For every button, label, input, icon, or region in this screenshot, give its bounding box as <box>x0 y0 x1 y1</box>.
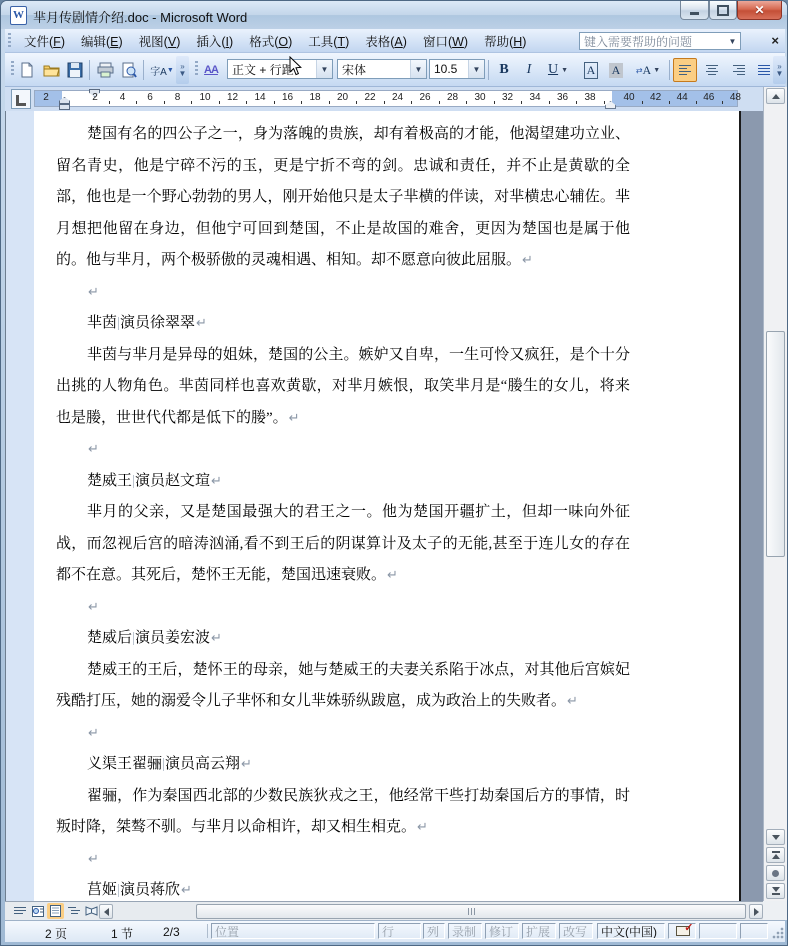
underline-button[interactable]: U ▼ <box>541 58 575 82</box>
ruler-row: 2246810121416182022242628303234363840424… <box>5 87 763 111</box>
overtype-status[interactable]: 改写 <box>559 923 593 939</box>
chevron-down-icon[interactable]: ▼ <box>653 67 660 74</box>
chevron-down-icon[interactable]: ▼ <box>468 60 484 78</box>
paragraph-heading[interactable]: 莒姬|演员蒋欣↵ <box>56 875 630 901</box>
print-layout-view-button[interactable] <box>47 903 64 919</box>
toolbar-options-button[interactable]: »▼ <box>773 56 786 84</box>
paragraph-mark: ↵ <box>88 726 99 741</box>
tab-selector-button[interactable] <box>11 89 31 109</box>
spelling-book-icon <box>676 925 692 937</box>
triangle-right-icon <box>754 908 759 916</box>
align-center-button[interactable] <box>700 58 724 82</box>
spelling-status[interactable] <box>668 923 696 939</box>
document-page[interactable]: 楚国有名的四公子之一，身为落魄的贵族，却有着极高的才能，他渴望建功立业、留名青史… <box>34 111 741 901</box>
paragraph-mark: ↵ <box>241 757 252 772</box>
menu-item-V[interactable]: 视图(V) <box>131 29 189 53</box>
paragraph-body[interactable]: 楚威王的王后，楚怀王的母亲，她与楚威王的夫妻关系陷于冰点，对其他后宫嫔妃残酷打压… <box>56 655 630 718</box>
position-status: 位置 <box>211 923 375 939</box>
page-of-total-status: 2/3 <box>163 925 180 939</box>
ruler-number: 28 <box>446 92 460 103</box>
character-border-icon: A <box>584 62 599 79</box>
next-page-button[interactable] <box>766 883 785 899</box>
paragraph-empty[interactable]: ↵ <box>56 718 630 750</box>
close-icon: ✕ <box>754 3 764 17</box>
status-bar: 2 页 1 节 2/3 位置 行 列 录制 修订 扩展 改写 中文(中国) <box>5 920 785 942</box>
font-combobox[interactable]: 宋体 ▼ <box>337 59 427 79</box>
mouse-cursor <box>289 56 302 76</box>
paragraph-heading[interactable]: 楚威王|演员赵文瑄↵ <box>56 466 630 498</box>
paragraph-heading[interactable]: 芈茵|演员徐翠翠↵ <box>56 308 630 340</box>
save-button[interactable] <box>63 58 87 82</box>
ruler-number: 48 <box>728 92 742 103</box>
styles-pane-icon: AA <box>204 64 218 76</box>
italic-button[interactable]: I <box>517 58 541 82</box>
paragraph-body[interactable]: 翟骊，作为秦国西北部的少数民族狄戎之王，他经常干些打劫秦国后方的事情，时叛时降，… <box>56 781 630 844</box>
paragraph-mark: ↵ <box>211 631 222 646</box>
align-right-button[interactable] <box>727 58 751 82</box>
new-document-icon <box>19 62 35 78</box>
ruler-tick <box>696 101 697 104</box>
character-border-button[interactable]: A <box>579 58 603 82</box>
ruler-tick <box>356 101 357 104</box>
ruler-number: 46 <box>702 92 716 103</box>
chevron-down-icon[interactable]: ▼ <box>316 60 332 78</box>
chinese-format-icon: 字A <box>150 63 167 78</box>
ruler-number: 36 <box>556 92 570 103</box>
paragraph-mark: ↵ <box>211 474 222 489</box>
help-question-box[interactable]: 键入需要帮助的问题 ▼ <box>579 32 741 50</box>
restore-icon <box>717 5 729 16</box>
print-layout-icon <box>50 905 61 917</box>
character-shading-button[interactable]: A <box>604 58 628 82</box>
reading-layout-view-button[interactable] <box>83 903 100 919</box>
paragraph-heading[interactable]: 义渠王翟骊|演员高云翔↵ <box>56 749 630 781</box>
window-title: 芈月传剧情介绍.doc - Microsoft Word <box>33 7 247 26</box>
previous-page-button[interactable] <box>766 847 785 863</box>
ruler-tick <box>329 101 330 104</box>
menu-item-A[interactable]: 表格(A) <box>357 29 415 53</box>
scroll-up-button[interactable] <box>766 88 785 104</box>
toolbar: 字A ▼ »▼ AA 正文 + 行距 ▼ 宋体 ▼ 10.5 ▼ B I U ▼ <box>5 53 785 87</box>
paragraph-mark: ↵ <box>196 316 207 331</box>
print-preview-button[interactable] <box>117 58 141 82</box>
heading-separator: | <box>132 630 135 646</box>
print-preview-icon <box>121 62 137 78</box>
paragraph-mark: ↵ <box>567 694 578 709</box>
title-bar: W 芈月传剧情介绍.doc - Microsoft Word ✕ <box>1 1 788 29</box>
paragraph-mark: ↵ <box>181 883 192 898</box>
ruler-number: 42 <box>649 92 663 103</box>
line-status: 行 <box>378 923 421 939</box>
ruler-number: 40 <box>622 92 636 103</box>
ruler-tick <box>549 101 550 104</box>
scroll-right-button[interactable] <box>749 904 763 919</box>
section-status: 1 节 <box>111 925 133 942</box>
font-size-combobox[interactable]: 10.5 ▼ <box>429 59 485 79</box>
ruler-tick <box>576 101 577 104</box>
hanging-indent-marker[interactable] <box>59 97 70 110</box>
select-browse-object-button[interactable] <box>766 865 785 881</box>
web-layout-view-button[interactable] <box>29 903 46 919</box>
scroll-down-button[interactable] <box>766 829 785 845</box>
close-document-button[interactable]: × <box>771 33 779 48</box>
menu-item-O[interactable]: 格式(O) <box>241 29 300 53</box>
menu-item-F[interactable]: 文件(F) <box>16 29 73 53</box>
ruler-number: 26 <box>418 92 432 103</box>
browse-object-icon <box>772 870 779 877</box>
vertical-scrollbar[interactable] <box>763 87 787 901</box>
style-combobox[interactable]: 正文 + 行距 ▼ <box>227 59 333 79</box>
character-shading-icon: A <box>609 63 624 78</box>
ruler-tick <box>411 101 412 104</box>
toolbar-grip[interactable] <box>11 61 14 77</box>
italic-icon: I <box>527 62 532 78</box>
ruler-number: 12 <box>226 92 240 103</box>
toolbar-options-button[interactable]: »▼ <box>176 56 189 84</box>
paragraph-mark: ↵ <box>88 442 99 457</box>
column-status: 列 <box>423 923 445 939</box>
paragraph-empty[interactable]: ↵ <box>56 592 630 624</box>
ruler-tick <box>466 101 467 104</box>
horizontal-scrollbar[interactable] <box>5 901 763 920</box>
chevron-down-icon[interactable]: ▼ <box>725 37 740 46</box>
align-left-icon <box>678 64 692 76</box>
page-number-status: 2 页 <box>45 925 67 942</box>
next-page-icon <box>772 887 780 895</box>
track-changes-status[interactable]: 修订 <box>485 923 519 939</box>
ruler-tick <box>301 101 302 104</box>
paragraph-mark: ↵ <box>522 253 533 268</box>
restore-button[interactable] <box>709 1 737 20</box>
minimize-icon <box>690 12 699 15</box>
heading-separator: | <box>132 473 135 489</box>
triangle-up-icon <box>772 94 780 99</box>
ruler-number: 18 <box>308 92 322 103</box>
toolbar-grip[interactable] <box>8 33 11 49</box>
paragraph-mark: ↵ <box>387 568 398 583</box>
normal-view-button[interactable] <box>11 903 28 919</box>
ruler-tick <box>246 101 247 104</box>
bold-icon: B <box>499 62 508 78</box>
paragraph-mark: ↵ <box>289 411 300 426</box>
underline-icon: U <box>548 62 558 78</box>
heading-separator: | <box>162 756 165 772</box>
status-panel-empty <box>699 923 737 939</box>
menu-item-H[interactable]: 帮助(H) <box>476 29 534 53</box>
chevron-down-icon: ▼ <box>167 67 174 74</box>
ruler-tick <box>642 101 643 104</box>
help-placeholder: 键入需要帮助的问题 <box>580 33 725 50</box>
minimize-button[interactable] <box>680 1 709 20</box>
scroll-left-button[interactable] <box>99 904 113 919</box>
font-value: 宋体 <box>338 61 410 78</box>
ruler-number: 32 <box>501 92 515 103</box>
word-app-icon: W <box>10 6 27 25</box>
open-folder-icon <box>43 62 60 78</box>
menu-item-W[interactable]: 窗口(W) <box>415 29 476 53</box>
ruler-number: 14 <box>253 92 267 103</box>
document-content[interactable]: 楚国有名的四公子之一，身为落魄的贵族，却有着极高的才能，他渴望建功立业、留名青史… <box>56 119 630 901</box>
paragraph-mark: ↵ <box>88 852 99 867</box>
vertical-scroll-thumb[interactable] <box>766 331 785 557</box>
align-center-icon <box>705 64 719 76</box>
styles-pane-button[interactable]: AA <box>199 58 223 82</box>
chinese-format-button[interactable]: 字A ▼ <box>147 58 177 82</box>
macro-record-status[interactable]: 录制 <box>448 923 482 939</box>
ruler-tick <box>164 101 165 104</box>
resize-grip[interactable] <box>772 927 784 939</box>
ruler-tick <box>384 101 385 104</box>
close-button[interactable]: ✕ <box>737 1 782 20</box>
heading-separator: | <box>117 315 120 331</box>
scrollbar-corner <box>763 901 787 920</box>
ruler-number: 24 <box>391 92 405 103</box>
triangle-down-icon <box>772 835 780 840</box>
menu-item-I[interactable]: 插入(I) <box>188 29 241 53</box>
ruler-tick <box>494 101 495 104</box>
heading-separator: | <box>117 882 120 898</box>
horizontal-scroll-thumb[interactable] <box>196 904 746 919</box>
paragraph-body[interactable]: 楚国有名的四公子之一，身为落魄的贵族，却有着极高的才能，他渴望建功立业、留名青史… <box>56 119 630 277</box>
ruler-number: 2 <box>39 92 53 103</box>
align-left-button[interactable] <box>673 58 697 82</box>
extend-selection-status[interactable]: 扩展 <box>522 923 556 939</box>
ruler-number: 38 <box>583 92 597 103</box>
ruler-number: 2 <box>88 92 102 103</box>
print-button[interactable] <box>93 58 117 82</box>
toolbar-grip[interactable] <box>195 61 198 77</box>
normal-view-icon <box>14 906 26 916</box>
ruler-tick <box>439 101 440 104</box>
save-floppy-icon <box>67 62 83 78</box>
paragraph-body[interactable]: 芈月的父亲，又是楚国最强大的君王之一。他为楚国开疆扩土，但却一味向外征战，而忽视… <box>56 497 630 592</box>
ruler-number: 30 <box>473 92 487 103</box>
web-layout-icon <box>32 906 44 917</box>
previous-page-icon <box>772 851 780 859</box>
paragraph-mark: ↵ <box>88 285 99 300</box>
paragraph-body[interactable]: 芈茵与芈月是异母的姐妹，楚国的公主。嫉妒又自卑，一生可怜又疯狂，是个十分出挑的人… <box>56 340 630 435</box>
ruler-number: 34 <box>528 92 542 103</box>
style-value: 正文 + 行距 <box>228 61 316 78</box>
ruler-number: 44 <box>675 92 689 103</box>
document-area: 楚国有名的四公子之一，身为落魄的贵族，却有着极高的才能，他渴望建功立业、留名青史… <box>5 111 763 901</box>
word-window: W 芈月传剧情介绍.doc - Microsoft Word ✕ 文件(F)编辑… <box>0 0 788 946</box>
scale-arrows-icon: ⇄ <box>636 66 643 75</box>
chevron-down-icon[interactable]: ▼ <box>561 67 568 74</box>
ruler-number: 20 <box>336 92 350 103</box>
paragraph-empty[interactable]: ↵ <box>56 844 630 876</box>
ruler-number: 10 <box>198 92 212 103</box>
reading-layout-icon <box>85 906 98 916</box>
bold-button[interactable]: B <box>492 58 516 82</box>
paragraph-mark: ↵ <box>88 600 99 615</box>
status-panel-empty <box>740 923 768 939</box>
outline-view-button[interactable] <box>65 903 82 919</box>
menu-item-E[interactable]: 编辑(E) <box>73 29 131 53</box>
printer-icon <box>97 62 114 78</box>
ruler-number: 4 <box>116 92 130 103</box>
triangle-left-icon <box>104 908 109 916</box>
ruler-number: 22 <box>363 92 377 103</box>
character-scaling-icon: A <box>643 63 652 78</box>
open-button[interactable] <box>39 58 63 82</box>
ruler-tick <box>274 101 275 104</box>
paragraph-heading[interactable]: 楚威后|演员姜宏波↵ <box>56 623 630 655</box>
ruler-tick <box>604 101 605 104</box>
new-document-button[interactable] <box>15 58 39 82</box>
ruler-tick <box>219 101 220 104</box>
outline-view-icon <box>68 906 80 916</box>
align-right-icon <box>732 64 746 76</box>
ruler-tick <box>109 101 110 104</box>
ruler-number: 6 <box>143 92 157 103</box>
ruler-tick <box>136 101 137 104</box>
paragraph-empty[interactable]: ↵ <box>56 434 630 466</box>
language-status[interactable]: 中文(中国) <box>597 923 665 939</box>
ruler-number: 16 <box>281 92 295 103</box>
distribute-icon <box>757 64 771 76</box>
ruler-tick <box>669 101 670 104</box>
paragraph-empty[interactable]: ↵ <box>56 277 630 309</box>
paragraph-mark: ↵ <box>417 820 428 835</box>
ruler-number: 8 <box>171 92 185 103</box>
character-scaling-button[interactable]: ⇄ A ▼ <box>629 58 667 82</box>
ruler-tick <box>722 101 723 104</box>
left-margin-strip <box>6 111 34 901</box>
ruler-tick <box>191 101 192 104</box>
menu-bar: 文件(F)编辑(E)视图(V)插入(I)格式(O)工具(T)表格(A)窗口(W)… <box>5 29 785 53</box>
chevron-down-icon[interactable]: ▼ <box>410 60 426 78</box>
ruler-tick <box>521 101 522 104</box>
font-size-value: 10.5 <box>430 62 468 76</box>
horizontal-ruler[interactable]: 2246810121416182022242628303234363840424… <box>34 90 738 107</box>
menu-item-T[interactable]: 工具(T) <box>300 29 357 53</box>
